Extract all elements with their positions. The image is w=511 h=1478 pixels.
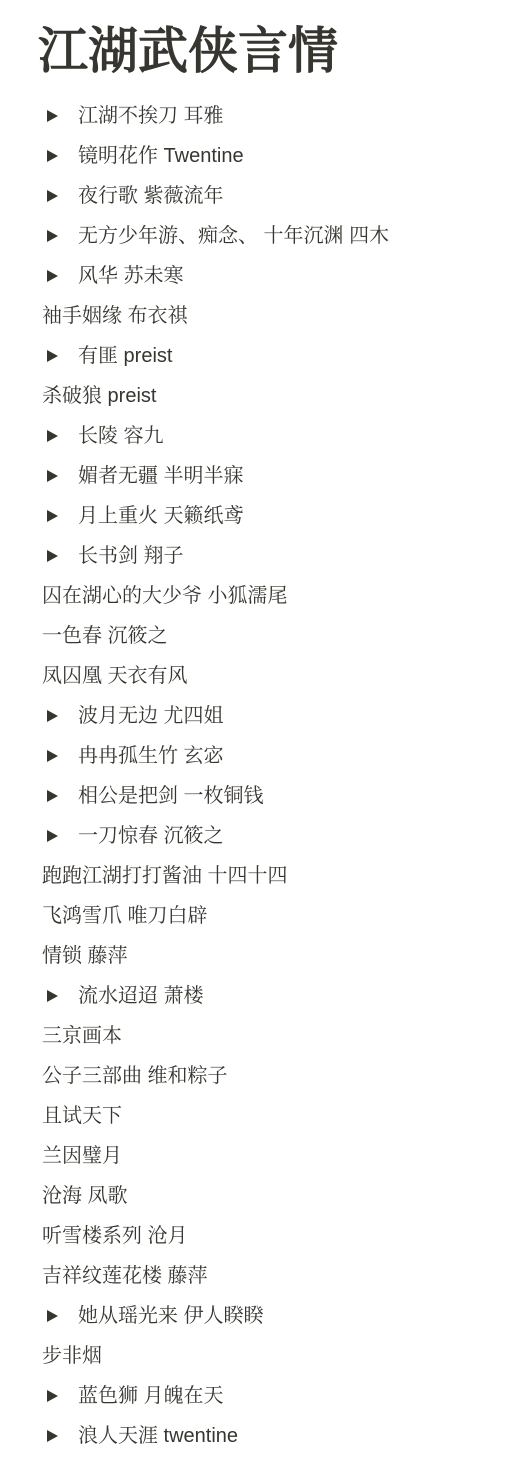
- text-list-item: 袖手姻缘 布衣祺: [38, 296, 491, 336]
- item-text[interactable]: 三京画本: [38, 1016, 122, 1056]
- item-text[interactable]: 且试天下: [38, 1096, 122, 1136]
- toggle-collapse-button[interactable]: [40, 984, 64, 1008]
- item-text[interactable]: 波月无边 尤四姐: [78, 696, 224, 736]
- toggle-list-item: 流水迢迢 萧楼: [38, 976, 491, 1016]
- toggle-collapse-button[interactable]: [40, 264, 64, 288]
- item-text[interactable]: 蓝色狮 月魄在天: [78, 1376, 224, 1416]
- item-text[interactable]: 囚在湖心的大少爷 小狐濡尾: [38, 576, 288, 616]
- toggle-list-item: 相公是把剑 一枚铜钱: [38, 776, 491, 816]
- toggle-triangle-icon: [47, 790, 58, 802]
- text-list-item: 步非烟: [38, 1336, 491, 1376]
- toggle-list-item: 风华 苏未寒: [38, 256, 491, 296]
- item-text[interactable]: 跑跑江湖打打酱油 十四十四: [38, 856, 288, 896]
- item-text[interactable]: 月上重火 天籁纸鸢: [78, 496, 244, 536]
- toggle-list-item: 蓝色狮 月魄在天: [38, 1376, 491, 1416]
- toggle-triangle-icon: [47, 550, 58, 562]
- toggle-collapse-button[interactable]: [40, 1304, 64, 1328]
- text-list-item: 三京画本: [38, 1016, 491, 1056]
- item-text[interactable]: 冉冉孤生竹 玄宓: [78, 736, 224, 776]
- toggle-triangle-icon: [47, 150, 58, 162]
- toggle-collapse-button[interactable]: [40, 464, 64, 488]
- item-text[interactable]: 无方少年游、痴念、 十年沉渊 四木: [78, 216, 389, 256]
- item-text[interactable]: 公子三部曲 维和粽子: [38, 1056, 228, 1096]
- toggle-list-item: 长书剑 翔子: [38, 536, 491, 576]
- toggle-list-item: 无方少年游、痴念、 十年沉渊 四木: [38, 216, 491, 256]
- text-list-item: 飞鸿雪爪 唯刀白辟: [38, 896, 491, 936]
- toggle-triangle-icon: [47, 110, 58, 122]
- toggle-triangle-icon: [47, 710, 58, 722]
- toggle-triangle-icon: [47, 1430, 58, 1442]
- text-list-item: 凤囚凰 天衣有风: [38, 656, 491, 696]
- toggle-list-item: 有匪 preist: [38, 336, 491, 376]
- item-text[interactable]: 步非烟: [38, 1336, 102, 1376]
- item-text[interactable]: 夜行歌 紫薇流年: [78, 176, 224, 216]
- text-list-item: 吉祥纹莲花楼 藤萍: [38, 1256, 491, 1296]
- toggle-triangle-icon: [47, 830, 58, 842]
- item-text[interactable]: 情锁 藤萍: [38, 936, 128, 976]
- toggle-collapse-button[interactable]: [40, 824, 64, 848]
- item-text[interactable]: 有匪 preist: [78, 336, 172, 376]
- toggle-collapse-button[interactable]: [40, 744, 64, 768]
- item-text[interactable]: 沧海 凤歌: [38, 1176, 128, 1216]
- toggle-collapse-button[interactable]: [40, 424, 64, 448]
- toggle-triangle-icon: [47, 510, 58, 522]
- text-list-item: 且试天下: [38, 1096, 491, 1136]
- toggle-triangle-icon: [47, 270, 58, 282]
- item-text[interactable]: 吉祥纹莲花楼 藤萍: [38, 1256, 208, 1296]
- item-text[interactable]: 袖手姻缘 布衣祺: [38, 296, 188, 336]
- item-text[interactable]: 杀破狼 preist: [38, 376, 156, 416]
- text-list-item: 公子三部曲 维和粽子: [38, 1056, 491, 1096]
- toggle-triangle-icon: [47, 430, 58, 442]
- toggle-triangle-icon: [47, 1310, 58, 1322]
- text-list-item: 兰因璧月: [38, 1136, 491, 1176]
- text-list-item: 沧海 凤歌: [38, 1176, 491, 1216]
- toggle-collapse-button[interactable]: [40, 184, 64, 208]
- item-text[interactable]: 长陵 容九: [78, 416, 164, 456]
- item-text[interactable]: 风华 苏未寒: [78, 256, 184, 296]
- item-text[interactable]: 相公是把剑 一枚铜钱: [78, 776, 264, 816]
- toggle-triangle-icon: [47, 990, 58, 1002]
- item-text[interactable]: 凤囚凰 天衣有风: [38, 656, 188, 696]
- notes-page: 江湖武侠言情 江湖不挨刀 耳雅镜明花作 Twentine夜行歌 紫薇流年无方少年…: [0, 0, 511, 1476]
- toggle-triangle-icon: [47, 190, 58, 202]
- item-text[interactable]: 听雪楼系列 沧月: [38, 1216, 188, 1256]
- toggle-list-item: 媚者无疆 半明半寐: [38, 456, 491, 496]
- toggle-triangle-icon: [47, 470, 58, 482]
- item-text[interactable]: 浪人天涯 twentine: [78, 1416, 238, 1456]
- toggle-list-item: 波月无边 尤四姐: [38, 696, 491, 736]
- toggle-list-item: 她从瑶光来 伊人睽睽: [38, 1296, 491, 1336]
- toggle-list-item: 夜行歌 紫薇流年: [38, 176, 491, 216]
- toggle-list-item: 月上重火 天籁纸鸢: [38, 496, 491, 536]
- toggle-collapse-button[interactable]: [40, 1424, 64, 1448]
- page-title[interactable]: 江湖武侠言情: [38, 22, 491, 80]
- toggle-collapse-button[interactable]: [40, 224, 64, 248]
- toggle-triangle-icon: [47, 1390, 58, 1402]
- item-text[interactable]: 流水迢迢 萧楼: [78, 976, 204, 1016]
- item-text[interactable]: 一色春 沉筱之: [38, 616, 168, 656]
- toggle-list-item: 一刀惊春 沉筱之: [38, 816, 491, 856]
- toggle-triangle-icon: [47, 750, 58, 762]
- toggle-triangle-icon: [47, 230, 58, 242]
- item-text[interactable]: 江湖不挨刀 耳雅: [78, 96, 224, 136]
- toggle-list-item: 浪人天涯 twentine: [38, 1416, 491, 1456]
- text-list-item: 听雪楼系列 沧月: [38, 1216, 491, 1256]
- text-list-item: 情锁 藤萍: [38, 936, 491, 976]
- text-list-item: 杀破狼 preist: [38, 376, 491, 416]
- toggle-collapse-button[interactable]: [40, 704, 64, 728]
- item-text[interactable]: 飞鸿雪爪 唯刀白辟: [38, 896, 208, 936]
- item-text[interactable]: 长书剑 翔子: [78, 536, 184, 576]
- toggle-collapse-button[interactable]: [40, 784, 64, 808]
- toggle-list-item: 江湖不挨刀 耳雅: [38, 96, 491, 136]
- toggle-list-item: 冉冉孤生竹 玄宓: [38, 736, 491, 776]
- text-list-item: 一色春 沉筱之: [38, 616, 491, 656]
- item-text[interactable]: 媚者无疆 半明半寐: [78, 456, 244, 496]
- toggle-list-item: 长陵 容九: [38, 416, 491, 456]
- text-list-item: 跑跑江湖打打酱油 十四十四: [38, 856, 491, 896]
- toggle-collapse-button[interactable]: [40, 144, 64, 168]
- item-text[interactable]: 一刀惊春 沉筱之: [78, 816, 224, 856]
- block-list: 江湖不挨刀 耳雅镜明花作 Twentine夜行歌 紫薇流年无方少年游、痴念、 十…: [38, 96, 491, 1456]
- toggle-collapse-button[interactable]: [40, 1384, 64, 1408]
- item-text[interactable]: 镜明花作 Twentine: [78, 136, 244, 176]
- toggle-collapse-button[interactable]: [40, 344, 64, 368]
- item-text[interactable]: 她从瑶光来 伊人睽睽: [78, 1296, 264, 1336]
- toggle-collapse-button[interactable]: [40, 504, 64, 528]
- toggle-triangle-icon: [47, 350, 58, 362]
- item-text[interactable]: 兰因璧月: [38, 1136, 122, 1176]
- toggle-collapse-button[interactable]: [40, 104, 64, 128]
- text-list-item: 囚在湖心的大少爷 小狐濡尾: [38, 576, 491, 616]
- toggle-collapse-button[interactable]: [40, 544, 64, 568]
- toggle-list-item: 镜明花作 Twentine: [38, 136, 491, 176]
